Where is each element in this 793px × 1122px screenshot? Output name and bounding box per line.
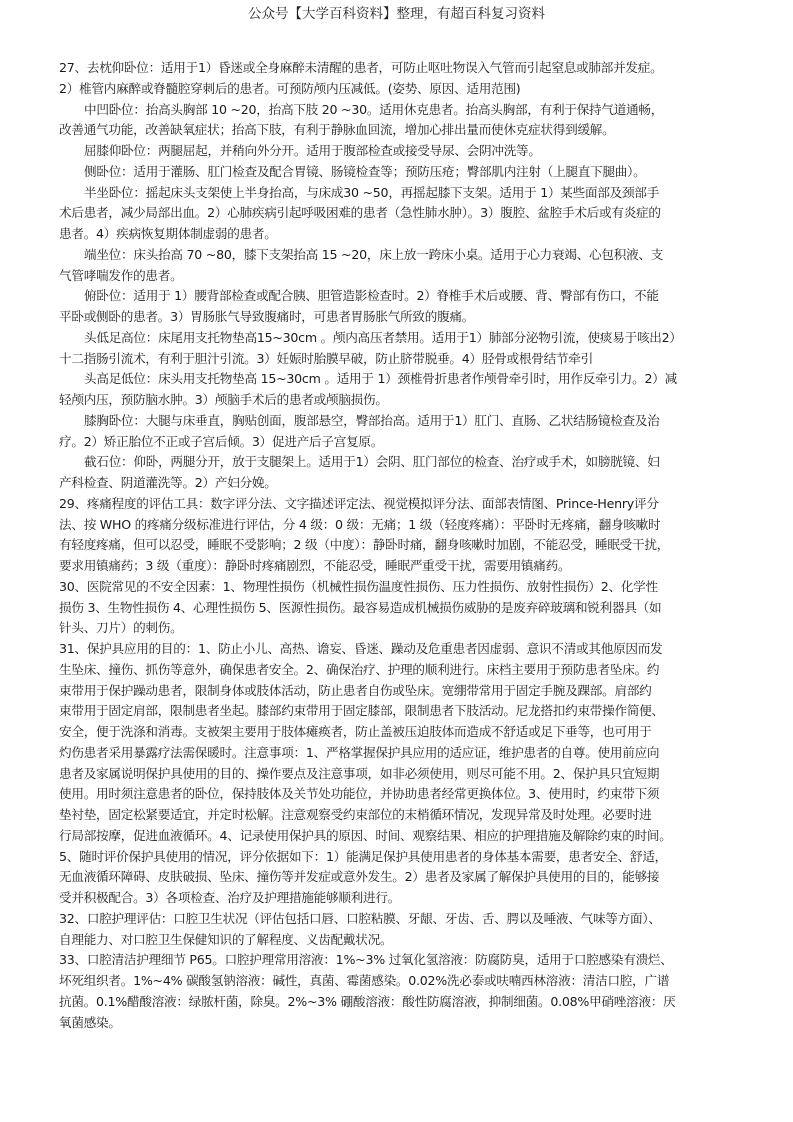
text-line: 30、医院常见的不安全因素：1、物理性损伤（机械性损伤温度性损伤、压力性损伤、放… (59, 577, 771, 598)
text-line: 产科检查、阴道灌洗等。2）产妇分娩。 (59, 473, 771, 494)
text-line: 十二指肠引流术，有利于胆汁引流。3）妊娠时胎膜早破，防止脐带脱垂。4）胫骨或根骨… (59, 349, 771, 370)
text-line: 安全，便于洗涤和消毒。支被架主要用于肢体瘫痪者，防止盖被压迫肢体而造成不舒适或足… (59, 722, 771, 743)
text-line: 损伤 3、生物性损伤 4、心理性损伤 5、医源性损伤。最容易造成机械损伤威胁的是… (59, 598, 771, 619)
text-line: 27、去枕仰卧位：适用于1）昏迷或全身麻醉未清醒的患者，可防止呕吐物误入气管而引… (59, 58, 771, 79)
text-line: 端坐位：床头抬高 70 ~80，膝下支架抬高 15 ~20，床上放一跨床小桌。适… (59, 245, 771, 266)
text-line: 生坠床、撞伤、抓伤等意外，确保患者安全。2、确保治疗、护理的顺利进行。床档主要用… (59, 660, 771, 681)
text-line: 半坐卧位：摇起床头支架使上半身抬高，与床成30 ~50，再摇起膝下支架。适用于 … (59, 183, 771, 204)
text-line: 行局部按摩，促进血液循环。4、记录使用保护具的原因、时间、观察结果、相应的护理措… (59, 826, 771, 847)
text-line: 2）椎管内麻醉或脊髓腔穿刺后的患者。可预防颅内压减低。(姿势、原因、适用范围) (59, 79, 771, 100)
text-line: 垫衬垫，固定松紧要适宜，并定时松解。注意观察受约束部位的末梢循环情况，发现异常及… (59, 805, 771, 826)
text-line: 术后患者，减少局部出血。2）心肺疾病引起呼吸困难的患者（急性肺水肿）。3）腹腔、… (59, 203, 771, 224)
text-line: 5、随时评价保护具使用的情况，评分依据如下：1）能满足保护具使用患者的身体基本需… (59, 847, 771, 868)
text-line: 束带用于保护躁动患者，限制身体或肢体活动，防止患者自伤或坠床。宽绷带常用于固定手… (59, 681, 771, 702)
text-line: 中凹卧位：抬高头胸部 10 ~20，抬高下肢 20 ~30。适用休克患者。抬高头… (59, 100, 771, 121)
text-line: 俯卧位：适用于 1）腰背部检查或配合胰、胆管造影检查时。2）脊椎手术后或腰、背、… (59, 286, 771, 307)
text-line: 针头、刀片）的刺伤。 (59, 618, 771, 639)
text-line: 头高足低位：床头用支托物垫高 15~30cm 。适用于 1）颈椎骨折患者作颅骨牵… (59, 369, 771, 390)
text-line: 患者。4）疾病恢复期体制虚弱的患者。 (59, 224, 771, 245)
text-line: 气管哮喘发作的患者。 (59, 266, 771, 287)
text-line: 患者及家属说明保护具使用的目的、操作要点及注意事项，如非必须使用，则尽可能不用。… (59, 764, 771, 785)
text-line: 平卧或侧卧的患者。3）胃肠胀气导致腹痛时，可患者胃肠胀气所致的腹痛。 (59, 307, 771, 328)
text-line: 坏死组织者。1%~4% 碳酸氢钠溶液：碱性，真菌、霉菌感染。0.02%洗必泰或呋… (59, 971, 771, 992)
text-line: 轻颅内压，预防脑水肿。3）颅脑手术后的患者或颅脑损伤。 (59, 390, 771, 411)
text-line: 截石位：仰卧，两腿分开，放于支腿架上。适用于1）会阴、肛门部位的检查、治疗或手术… (59, 452, 771, 473)
text-line: 29、疼痛程度的评估工具：数字评分法、文字描述评定法、视觉模拟评分法、面部表情图… (59, 494, 771, 515)
text-line: 31、保护具应用的目的：1、防止小儿、高热、谵妄、昏迷、躁动及危重患者因虚弱、意… (59, 639, 771, 660)
page-header: 公众号【大学百科资料】整理，有超百科复习资料 (0, 4, 793, 24)
text-line: 33、口腔清洁护理细节 P65。口腔护理常用溶液：1%~3% 过氧化氢溶液：防腐… (59, 950, 771, 971)
text-line: 无血液循环障碍、皮肤破损、坠床、撞伤等并发症或意外发生。2）患者及家属了解保护具… (59, 867, 771, 888)
text-line: 抗菌。0.1%醋酸溶液：绿脓杆菌，除臭。2%~3% 硼酸溶液：酸性防腐溶液，抑制… (59, 992, 771, 1013)
text-line: 受并积极配合。3）各项检查、治疗及护理措施能够顺利进行。 (59, 888, 771, 909)
text-line: 疗。2）矫正胎位不正或子宫后倾。3）促进产后子宫复原。 (59, 432, 771, 453)
document-body: 27、去枕仰卧位：适用于1）昏迷或全身麻醉未清醒的患者，可防止呕吐物误入气管而引… (59, 58, 771, 1033)
text-line: 32、口腔护理评估：口腔卫生状况（评估包括口唇、口腔粘膜、牙龈、牙齿、舌、腭以及… (59, 909, 771, 930)
text-line: 使用。用时须注意患者的卧位，保持肢体及关节处功能位，并协助患者经常更换体位。3、… (59, 784, 771, 805)
text-line: 有轻度疼痛，但可以忍受，睡眠不受影响；2 级（中度）：静卧时痛，翻身咳嗽时加剧，… (59, 535, 771, 556)
text-line: 自理能力、对口腔卫生保健知识的了解程度、义齿配戴状况。 (59, 930, 771, 951)
text-line: 改善通气功能，改善缺氧症状；抬高下肢，有利于静脉血回流，增加心排出量而使休克症状… (59, 120, 771, 141)
text-line: 膝胸卧位：大腿与床垂直，胸贴创面，腹部悬空，臀部抬高。适用于1）肛门、直肠、乙状… (59, 411, 771, 432)
text-line: 氧菌感染。 (59, 1013, 771, 1034)
text-line: 屈膝仰卧位：两腿屈起，并稍向外分开。适用于腹部检查或接受导尿、会阴冲洗等。 (59, 141, 771, 162)
text-line: 法、按 WHO 的疼痛分级标准进行评估，分 4 级：0 级：无痛；1 级（轻度疼… (59, 515, 771, 536)
text-line: 束带用于固定肩部，限制患者坐起。膝部约束带用于固定膝部，限制患者下肢活动。尼龙搭… (59, 701, 771, 722)
text-line: 侧卧位：适用于灌肠、肛门检查及配合胃镜、肠镜检查等；预防压疮；臀部肌内注射（上腿… (59, 162, 771, 183)
text-line: 头低足高位：床尾用支托物垫高15~30cm 。颅内高压者禁用。适用于1）肺部分泌… (59, 328, 771, 349)
text-line: 要求用镇痛药；3 级（重度）：静卧时疼痛剧烈，不能忍受，睡眠严重受干扰，需要用镇… (59, 556, 771, 577)
text-line: 灼伤患者采用暴露疗法需保暖时。注意事项：1、严格掌握保护具应用的适应证，维护患者… (59, 743, 771, 764)
